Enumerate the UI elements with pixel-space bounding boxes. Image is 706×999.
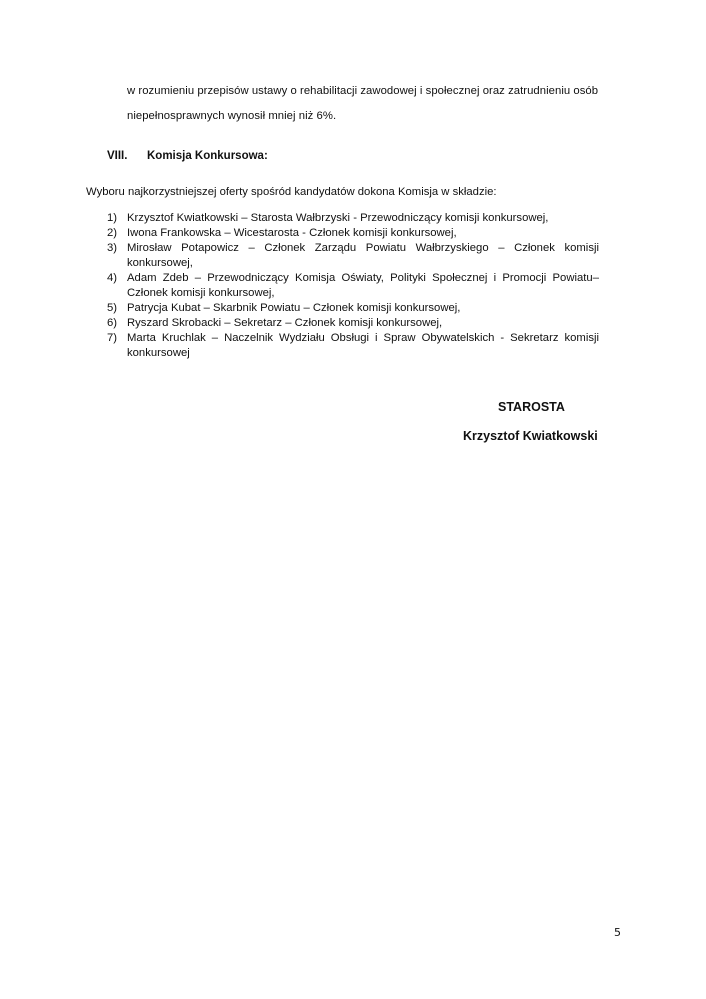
signature-title: STAROSTA: [498, 400, 565, 414]
list-item: 7)Marta Kruchlak – Naczelnik Wydziału Ob…: [107, 331, 599, 361]
section-heading: VIII.Komisja Konkursowa:: [107, 150, 268, 162]
page-number: 5: [614, 926, 621, 939]
section-number: VIII.: [107, 150, 147, 162]
member-text: Ryszard Skrobacki – Sekretarz – Członek …: [127, 317, 442, 329]
continuation-line-1: w rozumieniu przepisów ustawy o rehabili…: [127, 85, 598, 97]
list-item: 2)Iwona Frankowska – Wicestarosta - Czło…: [107, 226, 599, 241]
member-text: Marta Kruchlak – Naczelnik Wydziału Obsł…: [127, 332, 599, 359]
document-page: w rozumieniu przepisów ustawy o rehabili…: [0, 0, 706, 999]
member-text: Iwona Frankowska – Wicestarosta - Człone…: [127, 227, 457, 239]
committee-intro: Wyboru najkorzystniejszej oferty spośród…: [86, 186, 497, 198]
list-number: 3): [107, 241, 117, 256]
section-title: Komisja Konkursowa:: [147, 150, 268, 162]
list-number: 1): [107, 211, 117, 226]
member-text: Mirosław Potapowicz – Członek Zarządu Po…: [127, 242, 599, 269]
list-number: 2): [107, 226, 117, 241]
list-item: 3)Mirosław Potapowicz – Członek Zarządu …: [107, 241, 599, 271]
list-item: 5)Patrycja Kubat – Skarbnik Powiatu – Cz…: [107, 301, 599, 316]
member-text: Krzysztof Kwiatkowski – Starosta Wałbrzy…: [127, 212, 548, 224]
list-item: 4)Adam Zdeb – Przewodniczący Komisja Ośw…: [107, 271, 599, 301]
list-number: 6): [107, 316, 117, 331]
committee-member-list: 1)Krzysztof Kwiatkowski – Starosta Wałbr…: [107, 211, 599, 361]
member-text: Adam Zdeb – Przewodniczący Komisja Oświa…: [127, 272, 599, 299]
member-text: Patrycja Kubat – Skarbnik Powiatu – Czło…: [127, 302, 460, 314]
list-number: 5): [107, 301, 117, 316]
list-item: 6)Ryszard Skrobacki – Sekretarz – Człone…: [107, 316, 599, 331]
signature-name: Krzysztof Kwiatkowski: [463, 429, 598, 443]
list-item: 1)Krzysztof Kwiatkowski – Starosta Wałbr…: [107, 211, 599, 226]
list-number: 4): [107, 271, 117, 286]
list-number: 7): [107, 331, 117, 346]
continuation-line-2: niepełnosprawnych wynosił mniej niż 6%.: [127, 110, 336, 122]
